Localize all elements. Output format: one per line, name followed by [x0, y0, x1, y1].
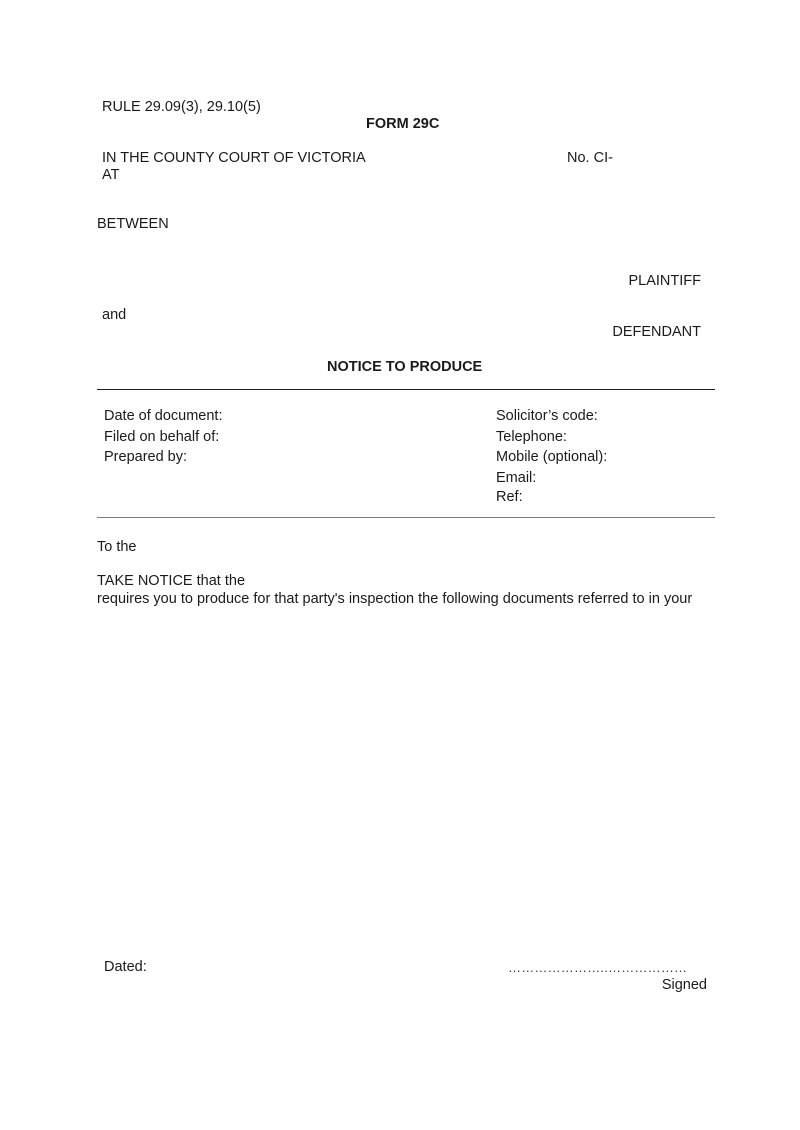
- signed-label: Signed: [662, 978, 707, 993]
- form-number: FORM 29C: [366, 117, 439, 132]
- rule-reference: RULE 29.09(3), 29.10(5): [102, 100, 261, 115]
- email-label: Email:: [496, 471, 536, 486]
- divider-bottom: [97, 517, 715, 518]
- between-label: BETWEEN: [97, 217, 169, 232]
- filed-on-behalf-of-label: Filed on behalf of:: [104, 430, 219, 445]
- divider-top: [97, 389, 715, 390]
- and-label: and: [102, 308, 126, 323]
- court-location-label: AT: [102, 168, 119, 183]
- defendant-label: DEFENDANT: [612, 325, 701, 340]
- case-number-label: No. CI-: [567, 151, 613, 166]
- requirement-text: requires you to produce for that party's…: [97, 592, 692, 607]
- court-name: IN THE COUNTY COURT OF VICTORIA: [102, 151, 366, 166]
- solicitors-code-label: Solicitor’s code:: [496, 409, 598, 424]
- addressee-line: To the: [97, 540, 137, 555]
- plaintiff-label: PLAINTIFF: [628, 274, 701, 289]
- mobile-label: Mobile (optional):: [496, 450, 607, 465]
- document-title: NOTICE TO PRODUCE: [327, 360, 482, 375]
- take-notice-line: TAKE NOTICE that the: [97, 574, 245, 589]
- ref-label: Ref:: [496, 490, 523, 505]
- prepared-by-label: Prepared by:: [104, 450, 187, 465]
- signature-line: …………………..………………: [508, 961, 687, 974]
- dated-label: Dated:: [104, 960, 147, 975]
- telephone-label: Telephone:: [496, 430, 567, 445]
- date-of-document-label: Date of document:: [104, 409, 223, 424]
